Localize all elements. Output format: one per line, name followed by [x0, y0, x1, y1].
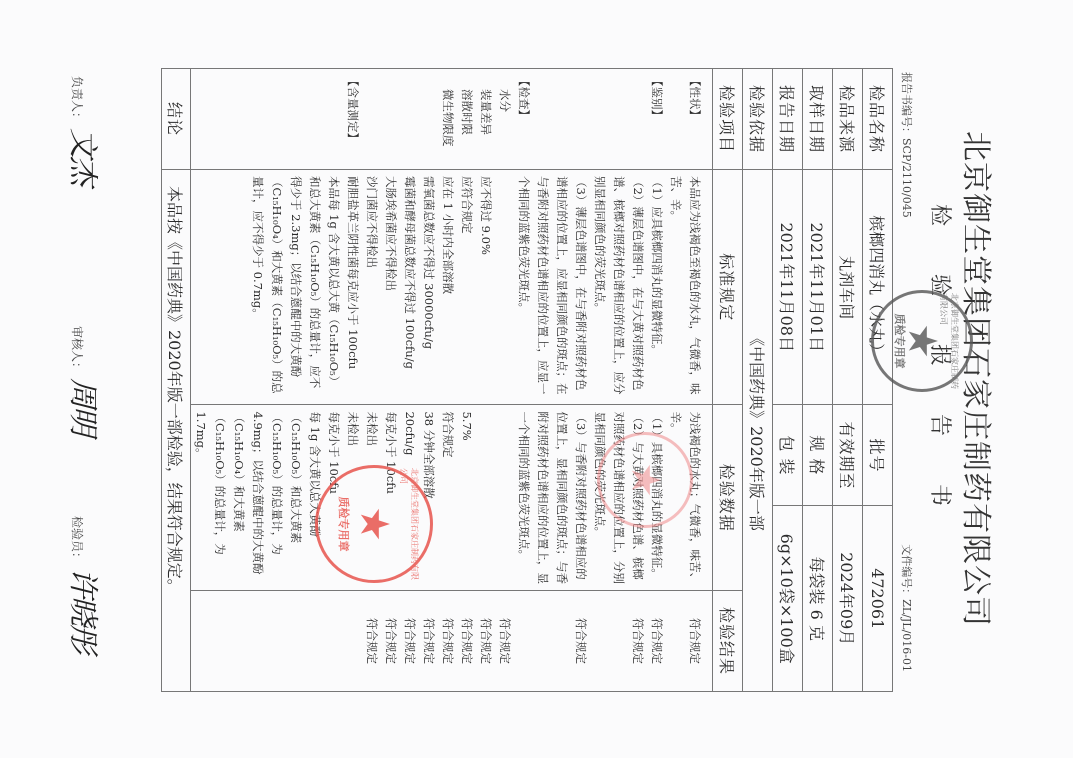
result-id1: 符合规定 — [647, 597, 666, 685]
reviewer-label: 审核人： — [70, 326, 84, 374]
row-conclusion: 结论 本品按《中国药典》2020年版一部检验，结果符合规定。 — [162, 69, 191, 692]
company-name: 北京御生堂集团石家庄制药有限公司 — [957, 0, 1001, 758]
seal-arc-text: 北京御生堂集团石家庄制药有限公司 — [938, 293, 960, 389]
std-weight-variation: 应符合规定 — [457, 176, 476, 398]
std-assay: 本品每 1g 含大黄以总大黄（C₁₅H₁₀O₅）和总大黄素（C₁₅H₁₀O₅）的… — [248, 176, 343, 398]
spec-label: 规 格 — [803, 405, 833, 506]
result-weight-variation: 符合规定 — [476, 597, 495, 685]
result-assay: 符合规定 — [362, 597, 381, 685]
item-moisture: 水分 — [495, 75, 514, 163]
std-id2: （2）薄层色谱图中，在与大黄对照药材色谱、槟榔对照药材色谱相应的位置上，应分别显… — [590, 176, 647, 398]
expiry-label: 有效期至 — [833, 405, 863, 506]
responsible-label: 负责人： — [70, 76, 84, 124]
quality-seal-gray: 北京御生堂集团石家庄制药有限公司 ★ 质检专用章 — [871, 290, 973, 392]
result-moisture: 符合规定 — [495, 597, 514, 685]
section-appearance: 【性状】 — [685, 75, 704, 163]
seal-text: 质检专用章 — [892, 314, 908, 369]
row-columns: 检验项目 标准规定 检验数据 检验结果 — [713, 69, 743, 692]
file-number-label: 文件编号： — [900, 544, 913, 599]
std-micro5: 耐胆盐革兰阴性菌每克应小于 100cfu — [343, 176, 362, 398]
basis-value: 《中国药典》2020年版一部 — [743, 170, 773, 692]
result-id3: 符合规定 — [571, 597, 590, 685]
result-micro4: 符合规定 — [381, 597, 400, 685]
batch-value: 472061 — [863, 506, 893, 692]
sampling-date-label: 取样日期 — [803, 69, 833, 170]
row-sampling: 取样日期 2021年11月01日 规 格 每袋装 6 克 — [803, 69, 833, 692]
seal-text: 质检专用章 — [336, 497, 352, 552]
col-standard-header: 标准规定 — [713, 170, 743, 405]
std-moisture: 应不得过 9.0% — [476, 176, 495, 398]
std-micro4: 沙门菌应不得检出 — [362, 176, 381, 398]
section-inspection: 【检查】 — [514, 75, 533, 163]
col-data-header: 检验数据 — [713, 405, 743, 591]
row-source: 检品来源 丸剂车间 有效期至 2024年09月 — [833, 69, 863, 692]
standard-column: 本品应为浅褐色至褐色的水丸，气微香，味苦、辛。 （1）应具槟榔四消丸的显微特征。… — [191, 170, 713, 405]
batch-label: 批号 — [863, 405, 893, 506]
std-micro3: 大肠埃希菌应不得检出 — [381, 176, 400, 398]
inspector-signature: 检验员：许晓彤 — [64, 516, 108, 652]
item-microbial: 微生物限度 — [438, 75, 457, 163]
spec-value: 每袋装 6 克 — [803, 506, 833, 692]
source-label: 检品来源 — [833, 69, 863, 170]
result-micro3: 符合规定 — [400, 597, 419, 685]
result-column: 符合规定 符合规定 符合规定 符合规定 符合规定 符合规定 符合规定 符合规定 … — [191, 591, 713, 692]
item-disintegration: 溶散时限 — [457, 75, 476, 163]
col-result-header: 检验结果 — [713, 591, 743, 692]
package-value: 6g×10袋×100盒 — [773, 506, 803, 692]
reviewer-signature: 审核人：周明 — [64, 326, 108, 434]
inspector-label: 检验员： — [70, 516, 84, 564]
report-number: 报告书编号：SCP/2110/045 — [899, 72, 915, 218]
col-item-header: 检验项目 — [713, 69, 743, 170]
result-microbial: 符合规定 — [438, 597, 457, 685]
data-id3: （3）与香附对照药材色谱相应的位置上，显相同颜色的斑点；与香附对照药材色谱相应的… — [514, 411, 590, 584]
data-moisture: 5.7% — [457, 411, 476, 584]
star-icon: ★ — [354, 506, 394, 542]
std-id3: （3）薄层色谱图中，在与香附对照药材色谱相应的位置上，应显相同颜色的斑点；在与香… — [514, 176, 590, 398]
source-value: 丸剂车间 — [833, 170, 863, 405]
item-weight-variation: 装量差异 — [476, 75, 495, 163]
sampling-date-value: 2021年11月01日 — [803, 170, 833, 405]
file-number: 文件编号：ZL/JL/016-01 — [899, 544, 915, 672]
product-name-label: 检品名称 — [863, 69, 893, 170]
std-micro1: 需氧菌总数应不得过 30000cfu/g — [419, 176, 438, 398]
data-assay: 每 1g 含大黄以总大黄酚（C₁₅H₁₀O₅）和总大黄素（C₁₅H₁₀O₅）的总… — [191, 411, 324, 584]
basis-label: 检验依据 — [743, 69, 773, 170]
report-number-label: 报告书编号： — [900, 72, 913, 138]
std-micro2: 霉菌和酵母菌总数应不得过 100cfu/g — [400, 176, 419, 398]
std-appearance: 本品应为浅褐色至褐色的水丸，气微香，味苦、辛。 — [666, 176, 704, 398]
report-date-value: 2021年11月08日 — [773, 170, 803, 405]
seal-arc-text: 北京御生堂集团石家庄制药有限公司 — [398, 468, 420, 580]
result-disintegration: 符合规定 — [457, 597, 476, 685]
responsible-signature: 负责人：文杰 — [64, 76, 108, 184]
quality-seal-faint-red: ★ — [597, 432, 693, 528]
row-product: 检品名称 槟榔四消丸（水丸） 批号 472061 — [863, 69, 893, 692]
inspector-name: 许晓彤 — [65, 568, 100, 652]
data-weight-variation: 符合规定 — [438, 411, 457, 584]
inspection-report-page: 北京御生堂集团石家庄制药有限公司 检验报告书 报告书编号：SCP/2110/04… — [0, 0, 1073, 758]
conclusion-label: 结论 — [162, 69, 191, 170]
result-id2: 符合规定 — [628, 597, 647, 685]
report-number-value: SCP/2110/045 — [900, 138, 913, 218]
package-label: 包 装 — [773, 405, 803, 506]
result-micro2: 符合规定 — [419, 597, 438, 685]
conclusion-text: 本品按《中国药典》2020年版一部检验，结果符合规定。 — [162, 170, 191, 692]
star-icon: ★ — [625, 462, 665, 498]
row-body: 【性状】 【鉴别】 【检查】 水分 装量差异 溶散时限 微生物限度 【含量测定】… — [191, 69, 713, 692]
file-number-value: ZL/JL/016-01 — [900, 599, 913, 672]
row-report-date: 报告日期 2021年11月08日 包 装 6g×10袋×100盒 — [773, 69, 803, 692]
std-id1: （1）应具槟榔四消丸的显微特征。 — [647, 176, 666, 398]
row-basis: 检验依据 《中国药典》2020年版一部 — [743, 69, 773, 692]
section-identification: 【鉴别】 — [647, 75, 666, 163]
items-column: 【性状】 【鉴别】 【检查】 水分 装量差异 溶散时限 微生物限度 【含量测定】 — [191, 69, 713, 170]
report-date-label: 报告日期 — [773, 69, 803, 170]
star-icon: ★ — [902, 323, 942, 359]
std-disintegration: 应在 1 小时内全部溶散 — [438, 176, 457, 398]
reviewer-name: 周明 — [65, 378, 100, 434]
report-table: 检品名称 槟榔四消丸（水丸） 批号 472061 检品来源 丸剂车间 有效期至 … — [161, 68, 893, 692]
section-assay: 【含量测定】 — [343, 75, 362, 163]
quality-seal-red: 北京御生堂集团石家庄制药有限公司 ★ 质检专用章 — [315, 465, 433, 583]
responsible-name: 文杰 — [65, 128, 100, 184]
result-appearance: 符合规定 — [685, 597, 704, 685]
expiry-value: 2024年09月 — [833, 506, 863, 692]
